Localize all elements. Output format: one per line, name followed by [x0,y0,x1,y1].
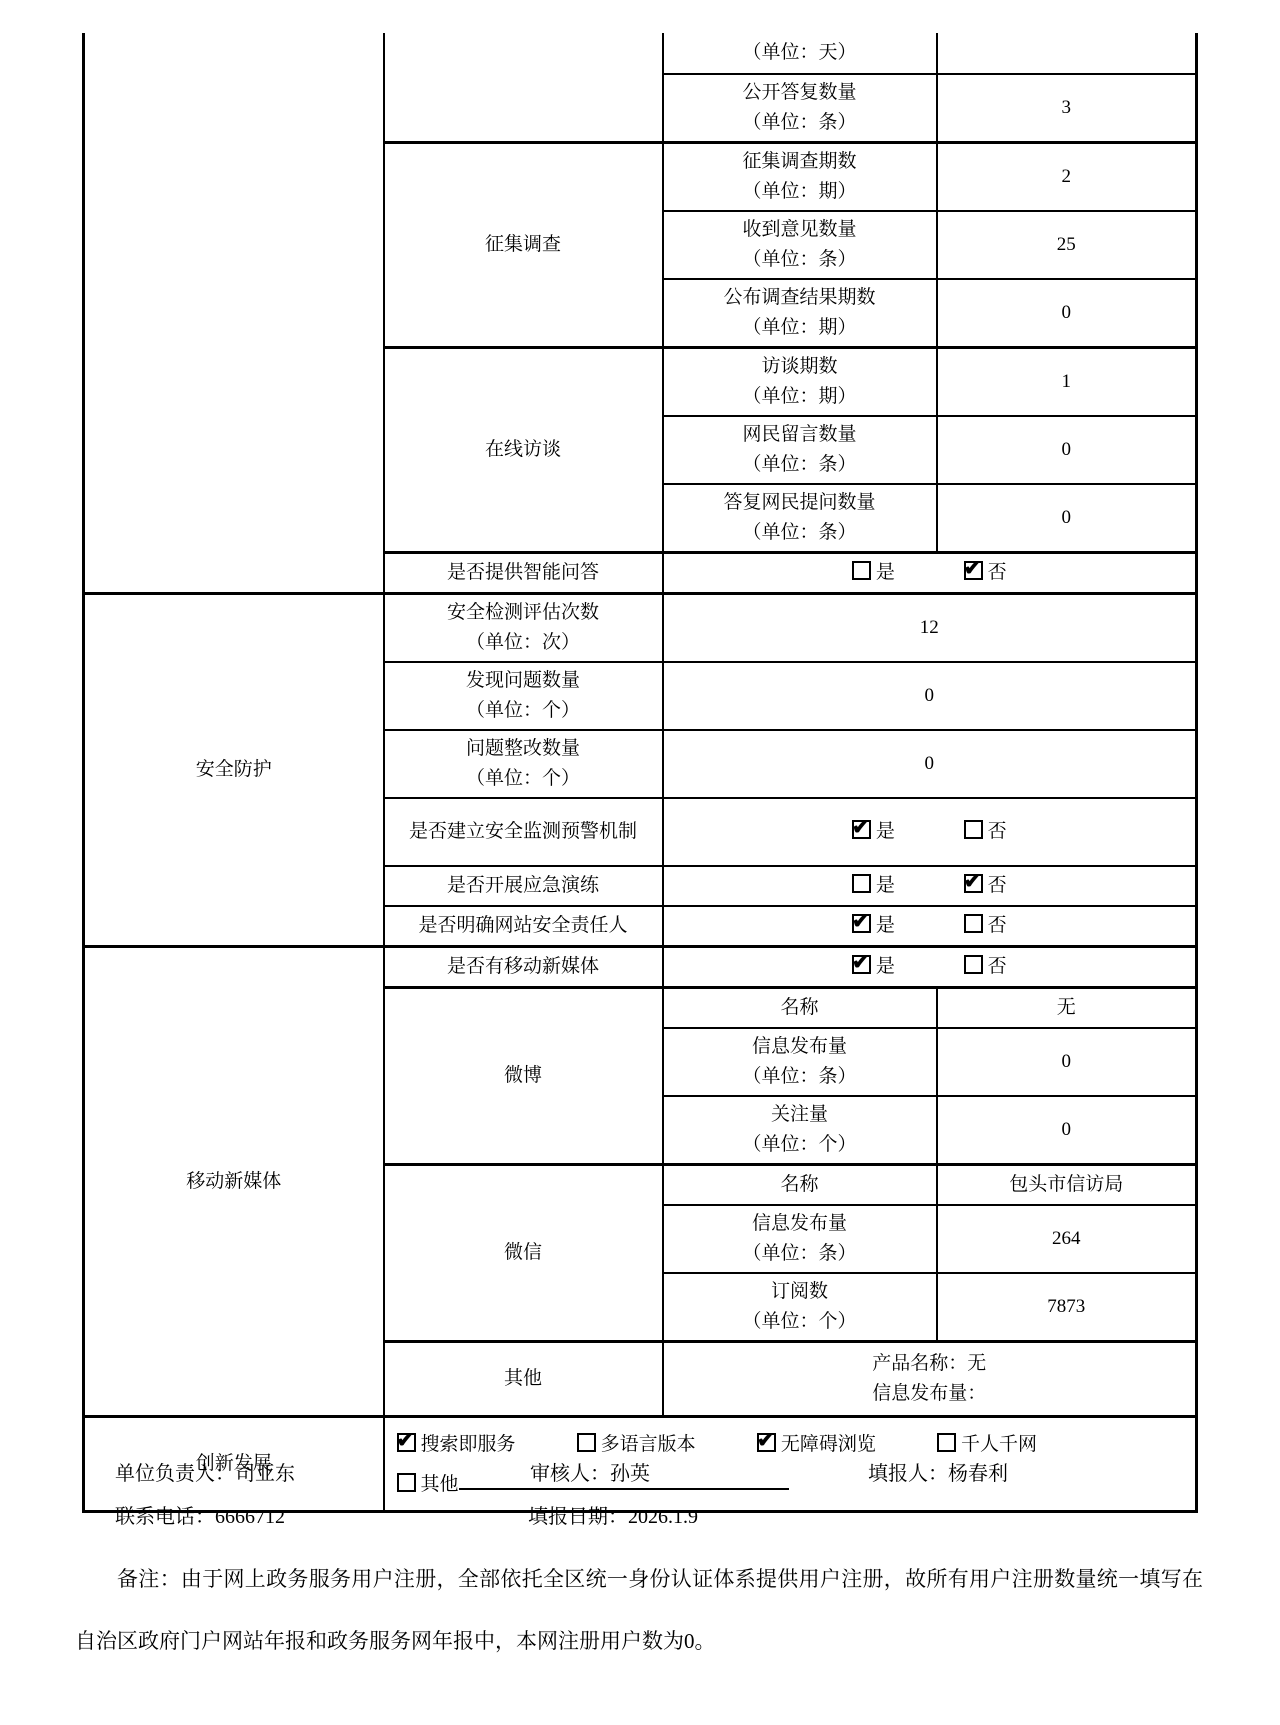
metric-label-public-reply: 公开答复数量 （单位：条） [663,74,937,143]
metric-value-survey-periods: 2 [937,143,1197,212]
reviewer-person: 审核人：孙英 [530,1457,650,1486]
metric-label-problems-fixed: 问题整改数量 （单位：个） [384,730,663,798]
no-label: 否 [988,915,1007,936]
no-option: 否 [964,956,1007,977]
metric-name: 信息发布量 [664,1032,936,1062]
subgroup-interview: 在线访谈 [384,348,663,553]
other-product-posts: 信息发布量： [664,1379,1196,1409]
filler-person: 填报人：杨春利 [868,1457,1008,1486]
innovation-option-other: 其他 [397,1474,459,1495]
no-label: 否 [988,875,1007,896]
metric-name: 收到意见数量 [664,215,936,245]
metric-name: 发现问题数量 [385,666,662,696]
question-smart-qa: 是否提供智能问答 [384,553,663,594]
no-checkbox [964,914,983,933]
yes-option: 是 [852,875,895,896]
metric-unit: （单位：条） [664,108,936,138]
yes-option: 是 [852,915,895,936]
other-product-cell: 产品名称：无 信息发布量： [663,1342,1197,1417]
innovation-option-accessibility: 无障碍浏览 [757,1430,876,1460]
question-warning-mechanism: 是否建立安全监测预警机制 [384,798,663,866]
personalized-web-checkbox [937,1433,956,1452]
category-cell-continued [84,33,384,594]
no-label: 否 [988,562,1007,583]
answer-warning-mechanism: 是 否 [663,798,1197,866]
metric-label-carryover: （单位：天） [663,33,937,74]
subgroup-other: 其他 [384,1342,663,1417]
yes-label: 是 [876,875,895,896]
metric-value-public-reply: 3 [937,74,1197,143]
metric-unit: （单位：条） [664,450,936,480]
metric-label-opinions-received: 收到意见数量 （单位：条） [663,211,937,279]
yes-label: 是 [876,915,895,936]
no-option: 否 [964,821,1007,842]
metric-value-weibo-name: 无 [937,988,1197,1029]
metric-unit: （单位：条） [664,518,936,548]
subgroup-survey: 征集调查 [384,143,663,348]
contact-phone: 联系电话：6666712 [115,1500,285,1529]
option-label: 无障碍浏览 [781,1434,876,1455]
metric-label-weibo-name: 名称 [663,988,937,1029]
metric-value-carryover [937,33,1197,74]
responsible-person: 单位负责人：司亚东 [115,1457,295,1486]
metric-name: 问题整改数量 [385,734,662,764]
yes-option: 是 [852,956,895,977]
metric-value-problems-found: 0 [663,662,1197,730]
question-has-mobile-media: 是否有移动新媒体 [384,947,663,988]
metric-value-opinions-received: 25 [937,211,1197,279]
no-label: 否 [988,821,1007,842]
yes-option: 是 [852,562,895,583]
metric-label-survey-results: 公布调查结果期数 （单位：期） [663,279,937,348]
no-checkbox [964,955,983,974]
metric-unit: （单位：期） [664,313,936,343]
metric-label-wechat-posts: 信息发布量 （单位：条） [663,1205,937,1273]
metric-label-weibo-followers: 关注量 （单位：个） [663,1096,937,1165]
metric-label-wechat-subscribers: 订阅数 （单位：个） [663,1273,937,1342]
yes-checkbox [852,874,871,893]
metric-unit: （单位：期） [664,177,936,207]
subgroup-wechat: 微信 [384,1165,663,1342]
metric-name: 公布调查结果期数 [664,283,936,313]
no-checkbox [964,561,983,580]
report-page: （单位：天） 公开答复数量 （单位：条） 3 征集调查 征集调查期数 （单位：期… [0,0,1280,1725]
metric-name: 安全检测评估次数 [385,598,662,628]
answer-emergency-drill: 是 否 [663,866,1197,906]
no-option: 否 [964,915,1007,936]
metric-name: 网民留言数量 [664,420,936,450]
metric-name: 信息发布量 [664,1209,936,1239]
subgroup-cell-continued [384,33,663,143]
yes-label: 是 [876,956,895,977]
metric-label-netizen-replies: 答复网民提问数量 （单位：条） [663,484,937,553]
metric-value-weibo-followers: 0 [937,1096,1197,1165]
metric-unit: （单位：次） [385,628,662,658]
no-label: 否 [988,956,1007,977]
option-label: 千人千网 [961,1434,1037,1455]
metric-unit: （单位：期） [664,382,936,412]
other-product-name: 产品名称：无 [664,1349,1196,1379]
yes-label: 是 [876,821,895,842]
yes-checkbox [852,955,871,974]
metric-unit: （单位：个） [664,1307,936,1337]
option-label: 搜索即服务 [421,1434,516,1455]
metric-unit: （单位：条） [664,1239,936,1269]
accessibility-checkbox [757,1433,776,1452]
metric-value-security-checks: 12 [663,594,1197,663]
metric-name: 征集调查期数 [664,147,936,177]
subgroup-weibo: 微博 [384,988,663,1165]
innovation-option-multilang: 多语言版本 [577,1430,696,1460]
innovation-options: 搜索即服务 多语言版本 无障碍浏览 千人千网 [385,1428,1196,1462]
question-emergency-drill: 是否开展应急演练 [384,866,663,906]
metric-label-weibo-posts: 信息发布量 （单位：条） [663,1028,937,1096]
option-label: 其他 [421,1474,459,1495]
metric-label-security-checks: 安全检测评估次数 （单位：次） [384,594,663,663]
answer-has-mobile-media: 是 否 [663,947,1197,988]
no-checkbox [964,820,983,839]
no-checkbox [964,874,983,893]
metric-value-weibo-posts: 0 [937,1028,1197,1096]
metric-unit: （单位：个） [664,1130,936,1160]
innovation-other-line: 其他 [385,1462,1196,1500]
search-service-checkbox [397,1433,416,1452]
other-checkbox [397,1473,416,1492]
category-mobile-media: 移动新媒体 [84,947,384,1417]
metric-name: 答复网民提问数量 [664,488,936,518]
yes-checkbox [852,914,871,933]
metric-unit: （单位：条） [664,1062,936,1092]
metric-name: 关注量 [664,1100,936,1130]
remark-note: 备注：由于网上政务服务用户注册，全部依托全区统一身份认证体系提供用户注册，故所有… [75,1548,1203,1672]
question-security-officer: 是否明确网站安全责任人 [384,906,663,947]
metric-value-netizen-messages: 0 [937,416,1197,484]
no-option: 否 [964,875,1007,896]
metric-unit: （单位：个） [385,696,662,726]
annual-report-table: （单位：天） 公开答复数量 （单位：条） 3 征集调查 征集调查期数 （单位：期… [82,33,1198,1513]
answer-security-officer: 是 否 [663,906,1197,947]
multilingual-checkbox [577,1433,596,1452]
metric-unit: （单位：天） [664,38,936,68]
metric-value-wechat-subscribers: 7873 [937,1273,1197,1342]
metric-name: 公开答复数量 [664,78,936,108]
metric-value-problems-fixed: 0 [663,730,1197,798]
answer-smart-qa: 是 否 [663,553,1197,594]
metric-value-netizen-replies: 0 [937,484,1197,553]
no-option: 否 [964,562,1007,583]
metric-label-wechat-name: 名称 [663,1165,937,1206]
metric-label-problems-found: 发现问题数量 （单位：个） [384,662,663,730]
metric-value-interview-periods: 1 [937,348,1197,417]
metric-label-survey-periods: 征集调查期数 （单位：期） [663,143,937,212]
metric-unit: （单位：个） [385,764,662,794]
metric-name: 访谈期数 [664,352,936,382]
metric-unit: （单位：条） [664,245,936,275]
metric-value-wechat-name: 包头市信访局 [937,1165,1197,1206]
yes-option: 是 [852,821,895,842]
innovation-cell: 搜索即服务 多语言版本 无障碍浏览 千人千网 其他 [384,1417,1197,1512]
metric-label-interview-periods: 访谈期数 （单位：期） [663,348,937,417]
report-date: 填报日期：2026.1.9 [528,1500,698,1529]
metric-value-survey-results: 0 [937,279,1197,348]
innovation-option-personalized: 千人千网 [937,1430,1037,1460]
metric-label-netizen-messages: 网民留言数量 （单位：条） [663,416,937,484]
metric-name: 订阅数 [664,1277,936,1307]
innovation-option-search: 搜索即服务 [397,1430,516,1460]
metric-value-wechat-posts: 264 [937,1205,1197,1273]
yes-checkbox [852,820,871,839]
option-label: 多语言版本 [601,1434,696,1455]
yes-checkbox [852,561,871,580]
yes-label: 是 [876,562,895,583]
category-security: 安全防护 [84,594,384,947]
